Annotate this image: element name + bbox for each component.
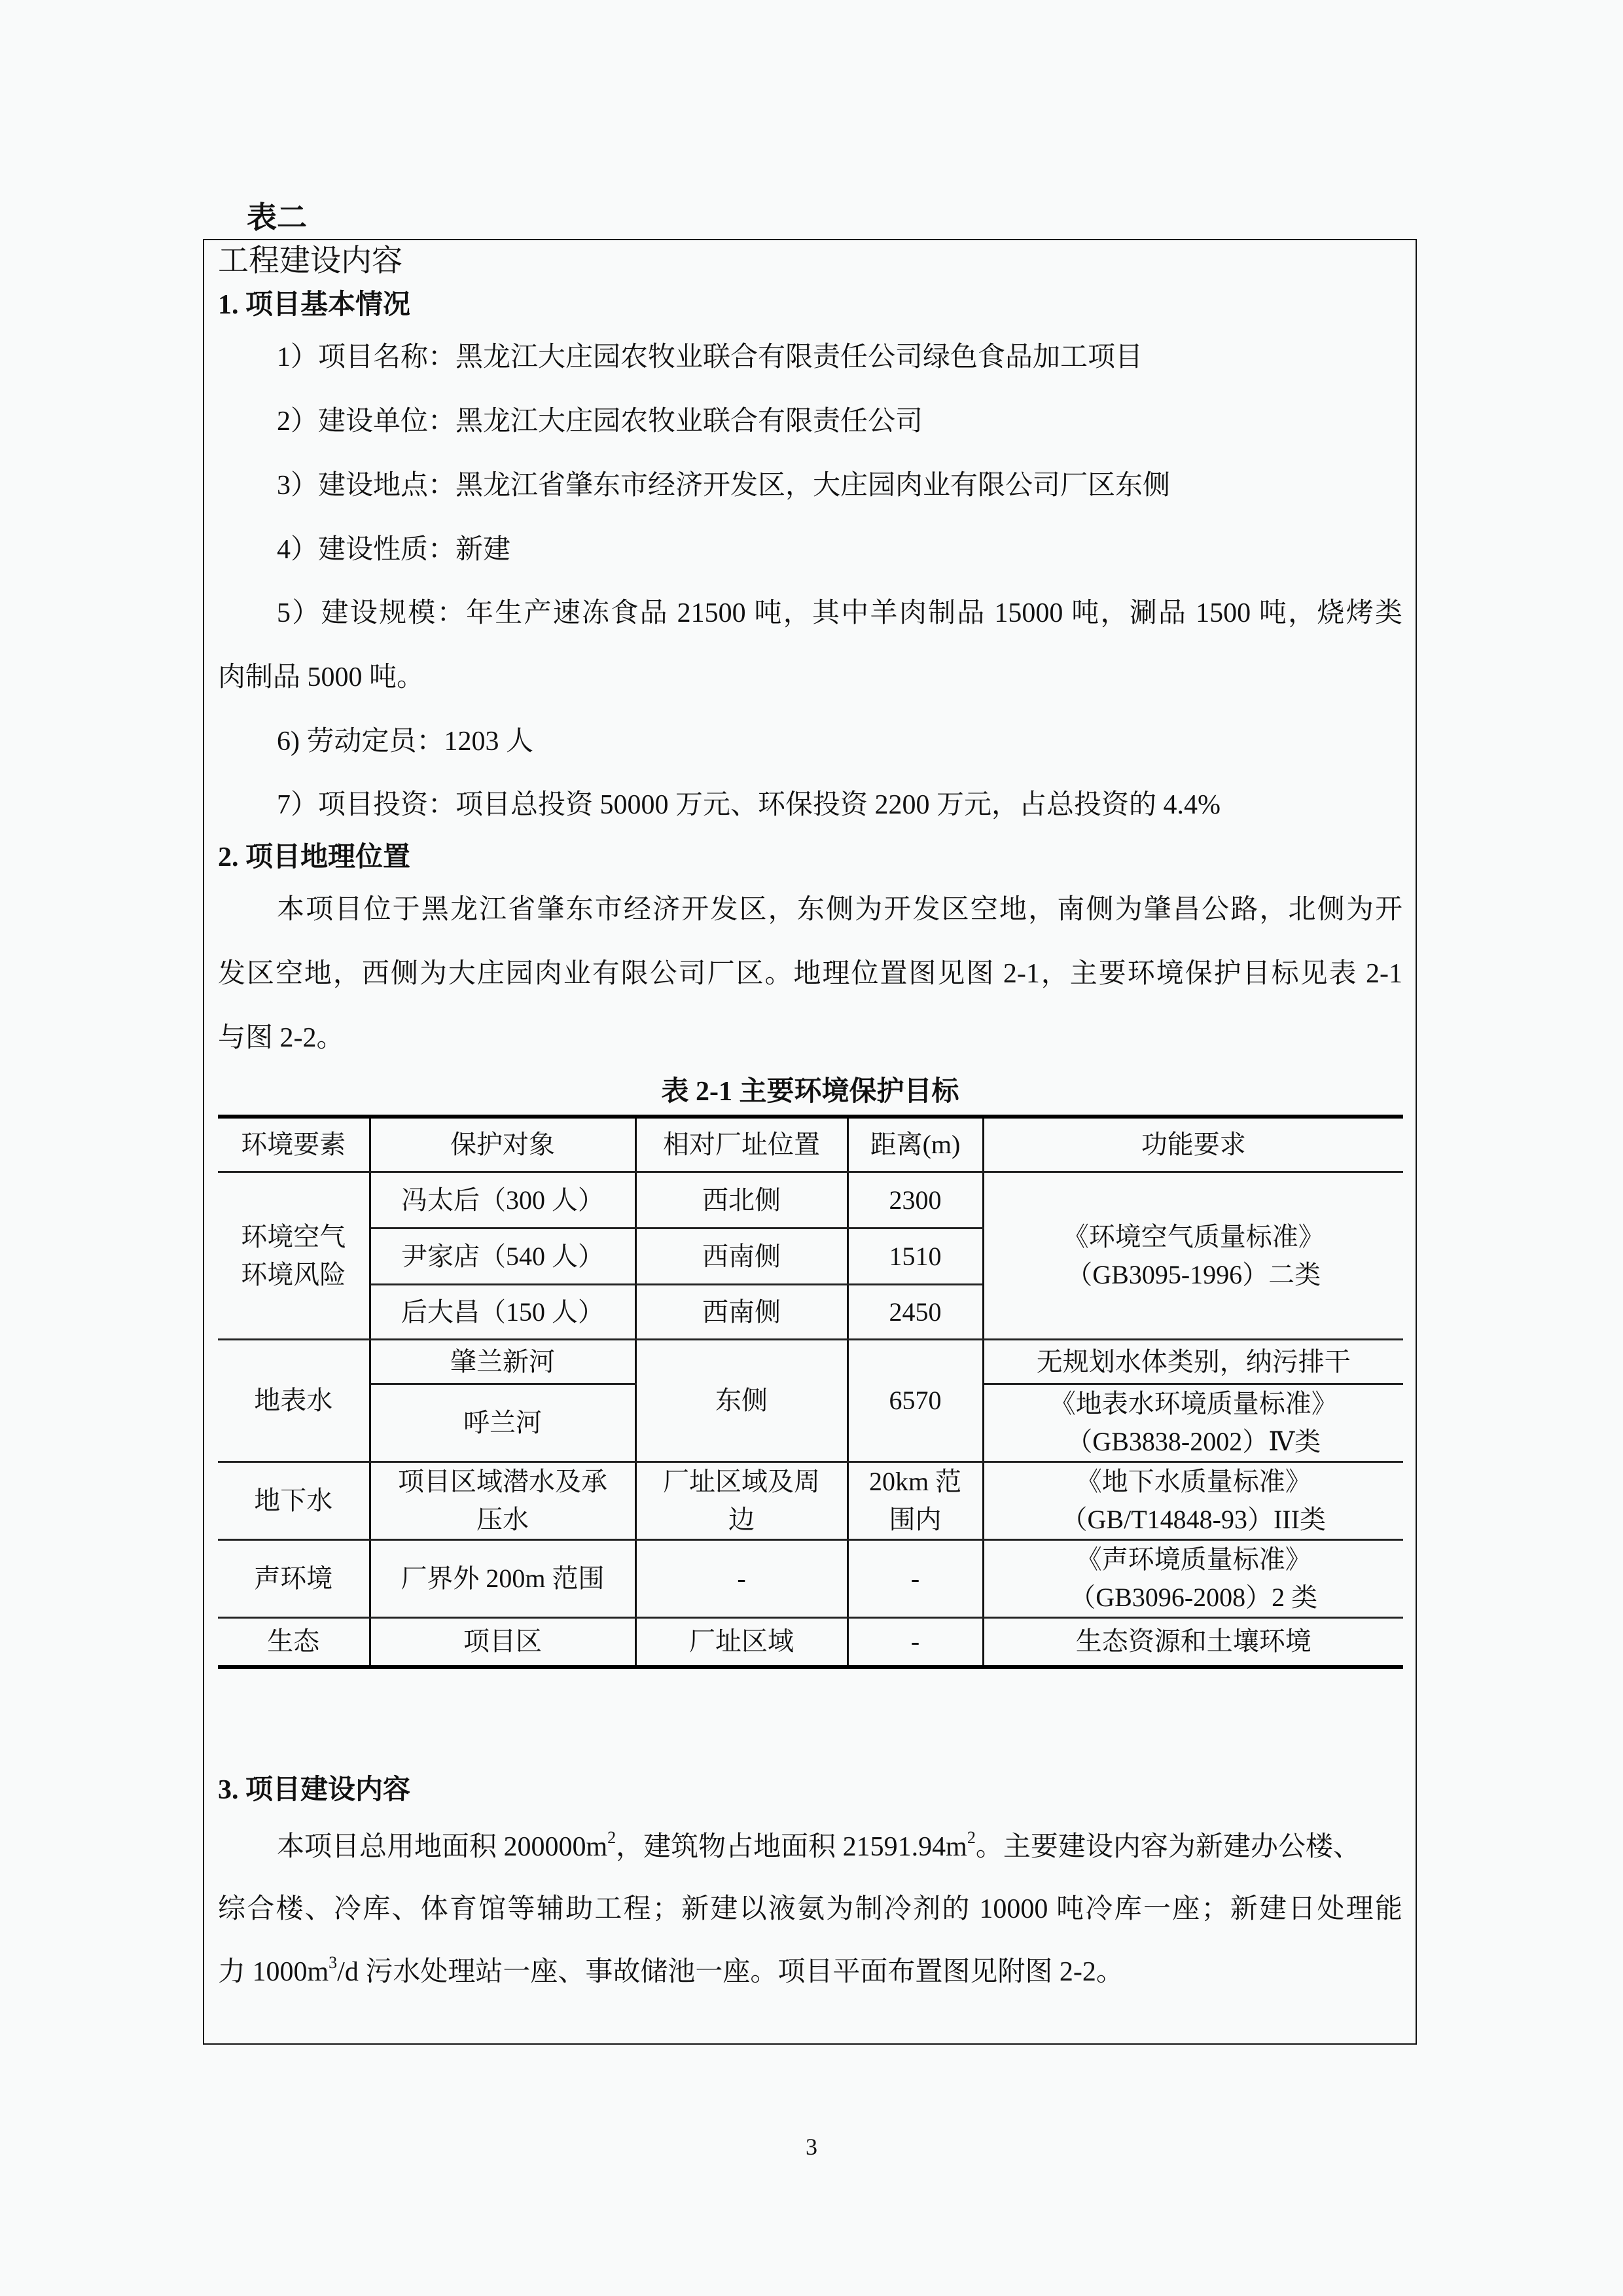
surface-water-requirement-1: 无规划水体类别，纳污排干 <box>983 1340 1403 1384</box>
text-span: ，建筑物占地面积 21591.94m <box>616 1832 967 1862</box>
page-label: 表二 <box>247 196 307 240</box>
item-construction-scale: 5）建设规模：年生产速冻食品 21500 吨，其中羊肉制品 15000 吨，涮品… <box>277 594 1402 633</box>
air-target-3: 后大昌（150 人） <box>370 1285 635 1340</box>
noise-distance: - <box>847 1540 983 1618</box>
superscript: 3 <box>329 1953 337 1972</box>
groundwater-element: 地下水 <box>218 1462 370 1540</box>
header-position: 相对厂址位置 <box>635 1117 847 1172</box>
groundwater-position-line-1: 厂址区域及周 <box>641 1463 843 1501</box>
item-construction-nature: 4）建设性质：新建 <box>277 530 1402 569</box>
noise-position: - <box>635 1540 847 1618</box>
text-span: 。主要建设内容为新建办公楼、 <box>976 1832 1361 1862</box>
groundwater-target-line-1: 项目区域潜水及承 <box>375 1463 631 1501</box>
page-number: 3 <box>785 2132 838 2161</box>
location-paragraph-line-1: 本项目位于黑龙江省肇东市经济开发区，东侧为开发区空地，南侧为肇昌公路，北侧为开 <box>277 890 1402 929</box>
superscript: 2 <box>967 1828 976 1847</box>
groundwater-requirement-cell: 《地下水质量标准》 （GB/T14848-93）III类 <box>983 1462 1403 1540</box>
item-project-name: 1）项目名称：黑龙江大庄园农牧业联合有限责任公司绿色食品加工项目 <box>277 338 1402 377</box>
groundwater-distance-line-1: 20km 范 <box>853 1463 978 1501</box>
item-construction-site: 3）建设地点：黑龙江省肇东市经济开发区，大庄园肉业有限公司厂区东侧 <box>277 466 1402 505</box>
air-target-1: 冯太后（300 人） <box>370 1172 635 1229</box>
surface-water-distance: 6570 <box>847 1340 983 1462</box>
surface-water-target-1: 肇兰新河 <box>370 1340 635 1384</box>
ecology-requirement: 生态资源和土壤环境 <box>983 1618 1403 1667</box>
air-distance-2: 1510 <box>847 1229 983 1285</box>
groundwater-position-cell: 厂址区域及周 边 <box>635 1462 847 1540</box>
header-distance: 距离(m) <box>847 1117 983 1172</box>
section-1-heading: 1. 项目基本情况 <box>218 285 1402 325</box>
section-3-heading: 3. 项目建设内容 <box>218 1770 1402 1810</box>
section-title: 工程建设内容 <box>218 240 1402 283</box>
noise-requirement-cell: 《声环境质量标准》 （GB3096-2008）2 类 <box>983 1540 1403 1618</box>
air-distance-3: 2450 <box>847 1285 983 1340</box>
air-position-3: 西南侧 <box>635 1285 847 1340</box>
air-distance-1: 2300 <box>847 1172 983 1229</box>
groundwater-distance-cell: 20km 范 围内 <box>847 1462 983 1540</box>
item-investment: 7）项目投资：项目总投资 50000 万元、环保投资 2200 万元，占总投资的… <box>277 785 1402 825</box>
air-position-1: 西北侧 <box>635 1172 847 1229</box>
construction-paragraph-line-2: 综合楼、冷库、体育馆等辅助工程；新建以液氨为制冷剂的 10000 吨冷库一座；新… <box>218 1890 1402 1929</box>
item-construction-scale-continued: 肉制品 5000 吨。 <box>218 658 1402 697</box>
construction-paragraph-line-1: 本项目总用地面积 200000m2，建筑物占地面积 21591.94m2。主要建… <box>277 1827 1402 1867</box>
air-element-cell: 环境空气 环境风险 <box>218 1172 370 1340</box>
item-staffing: 6) 劳动定员：1203 人 <box>277 722 1402 761</box>
groundwater-requirement-line-2: （GB/T14848-93）III类 <box>988 1501 1400 1539</box>
item-construction-unit: 2）建设单位：黑龙江大庄园农牧业联合有限责任公司 <box>277 402 1402 441</box>
header-requirement: 功能要求 <box>983 1117 1403 1172</box>
groundwater-target-line-2: 压水 <box>375 1501 631 1539</box>
surface-water-element: 地表水 <box>218 1340 370 1462</box>
ecology-element: 生态 <box>218 1618 370 1667</box>
superscript: 2 <box>607 1828 616 1847</box>
table-row: 生态 项目区 厂址区域 - 生态资源和土壤环境 <box>218 1618 1403 1667</box>
ecology-distance: - <box>847 1618 983 1667</box>
surface-water-position: 东侧 <box>635 1340 847 1462</box>
table-header-row: 环境要素 保护对象 相对厂址位置 距离(m) 功能要求 <box>218 1117 1403 1172</box>
surface-water-requirement-2-cell: 《地表水环境质量标准》 （GB3838-2002）Ⅳ类 <box>983 1384 1403 1462</box>
groundwater-position-line-2: 边 <box>641 1501 843 1539</box>
surface-water-target-2: 呼兰河 <box>370 1384 635 1462</box>
surface-water-requirement-line-1: 《地表水环境质量标准》 <box>988 1385 1400 1423</box>
air-requirement-cell: 《环境空气质量标准》 （GB3095-1996）二类 <box>983 1172 1403 1340</box>
noise-requirement-line-1: 《声环境质量标准》 <box>988 1541 1400 1579</box>
noise-element: 声环境 <box>218 1540 370 1618</box>
surface-water-requirement-line-2: （GB3838-2002）Ⅳ类 <box>988 1423 1400 1461</box>
ecology-position: 厂址区域 <box>635 1618 847 1667</box>
construction-paragraph-line-3: 力 1000m3/d 污水处理站一座、事故储池一座。项目平面布置图见附图 2-2… <box>218 1952 1402 1992</box>
location-paragraph-line-3: 与图 2-2。 <box>218 1018 1402 1058</box>
air-requirement-line-1: 《环境空气质量标准》 <box>988 1218 1400 1256</box>
noise-requirement-line-2: （GB3096-2008）2 类 <box>988 1579 1400 1617</box>
groundwater-target-cell: 项目区域潜水及承 压水 <box>370 1462 635 1540</box>
text-span: /d 污水处理站一座、事故储池一座。项目平面布置图见附图 2-2。 <box>337 1957 1124 1987</box>
section-2-heading: 2. 项目地理位置 <box>218 838 1402 877</box>
header-element: 环境要素 <box>218 1117 370 1172</box>
groundwater-distance-line-2: 围内 <box>853 1501 978 1539</box>
air-requirement-line-2: （GB3095-1996）二类 <box>988 1256 1400 1294</box>
noise-target: 厂界外 200m 范围 <box>370 1540 635 1618</box>
ecology-target: 项目区 <box>370 1618 635 1667</box>
table-row: 环境空气 环境风险 冯太后（300 人） 西北侧 2300 《环境空气质量标准》… <box>218 1172 1403 1229</box>
location-paragraph-line-2: 发区空地，西侧为大庄园肉业有限公司厂区。地理位置图见图 2-1，主要环境保护目标… <box>218 954 1402 994</box>
air-element-line-1: 环境空气 <box>222 1218 365 1256</box>
air-position-2: 西南侧 <box>635 1229 847 1285</box>
table-caption: 表 2-1 主要环境保护目标 <box>218 1072 1402 1111</box>
air-target-2: 尹家店（540 人） <box>370 1229 635 1285</box>
table-row: 声环境 厂界外 200m 范围 - - 《声环境质量标准》 （GB3096-20… <box>218 1540 1403 1618</box>
header-target: 保护对象 <box>370 1117 635 1172</box>
text-span: 力 1000m <box>218 1957 329 1987</box>
table-row: 地下水 项目区域潜水及承 压水 厂址区域及周 边 20km 范 围内 《地下水质… <box>218 1462 1403 1540</box>
air-element-line-2: 环境风险 <box>222 1256 365 1294</box>
table-row: 地表水 肇兰新河 东侧 6570 无规划水体类别，纳污排干 <box>218 1340 1403 1384</box>
groundwater-requirement-line-1: 《地下水质量标准》 <box>988 1463 1400 1501</box>
text-span: 本项目总用地面积 200000m <box>277 1832 607 1862</box>
environment-protection-table: 环境要素 保护对象 相对厂址位置 距离(m) 功能要求 环境空气 环境风险 冯太… <box>218 1115 1403 1669</box>
